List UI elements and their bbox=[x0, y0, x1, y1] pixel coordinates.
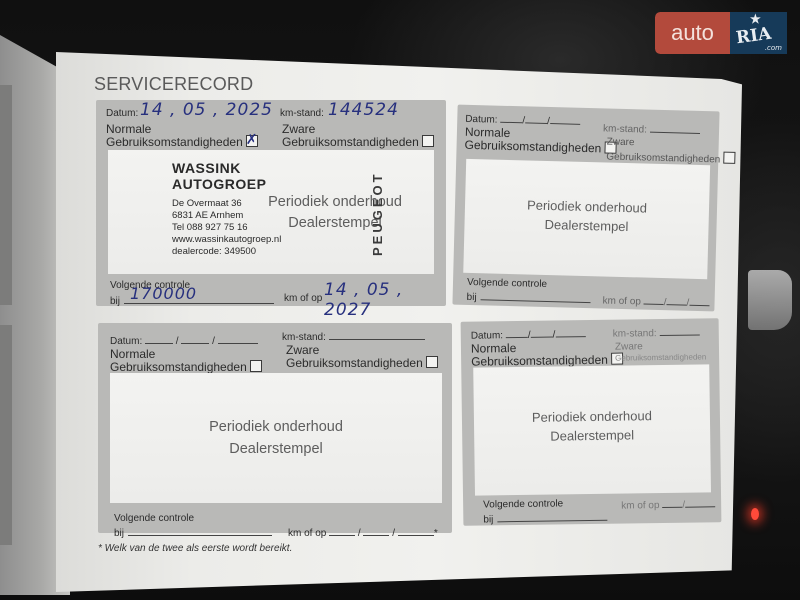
footnote: * Welk van de twee als eerste wordt bere… bbox=[98, 543, 292, 554]
checkmark-icon: ✗ bbox=[246, 131, 258, 148]
normal-checkbox[interactable]: ✗ bbox=[246, 135, 258, 147]
heavy-checkbox[interactable] bbox=[426, 356, 438, 368]
stamp-label-2: Dealerstempel bbox=[110, 439, 442, 460]
datum-value: 14 , 05 , 2025 bbox=[140, 100, 273, 120]
datum-label: Datum: bbox=[106, 108, 138, 119]
normal-label-line2: Gebruiksomstandigheden bbox=[106, 135, 243, 149]
brand-text: PEUGEOT bbox=[370, 171, 385, 256]
datum-label: Datum: bbox=[110, 336, 142, 347]
dealer-stamp-area: Periodiek onderhoud Dealerstempel WASSIN… bbox=[108, 150, 434, 274]
dealer-stamp-area: Periodiek onderhoud Dealerstempel bbox=[463, 159, 710, 279]
normal-label-line1: Normale bbox=[106, 122, 151, 136]
km-of-op-label: km of op bbox=[621, 500, 660, 512]
heavy-label-line1: Zware bbox=[615, 341, 643, 352]
stamp-label-1: Periodiek onderhoud bbox=[110, 417, 442, 438]
km-of-op-label: km of op bbox=[284, 293, 322, 304]
km-of-op-value: 14 , 05 , 2027 bbox=[324, 280, 446, 320]
next-control-label: Volgende controle bbox=[467, 277, 547, 290]
bij-label: bij bbox=[110, 296, 120, 307]
bij-label: bij bbox=[114, 528, 124, 539]
autoria-watermark: auto ★ RIA .com bbox=[655, 12, 787, 54]
dealer-phone: Tel 088 927 75 16 bbox=[172, 222, 281, 234]
dealer-stamp-area: Periodiek onderhoud Dealerstempel bbox=[110, 373, 442, 503]
heavy-label-line1: Zware bbox=[286, 343, 319, 357]
bij-label: bij bbox=[483, 514, 493, 525]
dealer-website: www.wassinkautogroep.nl bbox=[172, 234, 281, 246]
km-stand-label: km-stand: bbox=[280, 108, 324, 119]
normal-checkbox[interactable] bbox=[250, 360, 262, 372]
dealer-stamp-area: Periodiek onderhoud Dealerstempel bbox=[473, 364, 711, 495]
km-stand-label: km-stand: bbox=[613, 328, 657, 340]
stamp-label-2: Dealerstempel bbox=[474, 423, 710, 447]
dealer-street: De Overmaat 36 bbox=[172, 198, 281, 210]
next-control-label: Volgende controle bbox=[114, 513, 194, 524]
service-record-card: Datum: 14 , 05 , 2025 km-stand: 144524 N… bbox=[96, 100, 446, 306]
red-indicator-light bbox=[751, 508, 759, 520]
heavy-label-line2: Gebruiksomstandigheden bbox=[286, 356, 423, 370]
seat-trim bbox=[748, 270, 792, 330]
heavy-label-line2: Gebruiksomstandigheden bbox=[282, 135, 419, 149]
left-page-card-edge bbox=[0, 85, 12, 305]
heavy-label-line2: Gebruiksomstandigheden bbox=[615, 352, 706, 362]
km-stand-value: 144524 bbox=[328, 100, 399, 120]
dealer-name-2: AUTOGROEP bbox=[172, 176, 281, 192]
dealer-code: dealercode: 349500 bbox=[172, 246, 281, 258]
bij-value: 170000 bbox=[130, 284, 197, 303]
normal-label-line2: Gebruiksomstandigheden bbox=[110, 360, 247, 374]
watermark-com-text: .com bbox=[765, 44, 782, 52]
service-record-card: Datum: // km-stand: Normale Gebruiksomst… bbox=[452, 105, 719, 312]
km-stand-label: km-stand: bbox=[282, 332, 326, 343]
watermark-auto-text: auto bbox=[655, 12, 730, 54]
km-stand-label: km-stand: bbox=[603, 123, 647, 135]
normal-label-line1: Normale bbox=[110, 347, 155, 361]
heavy-checkbox[interactable] bbox=[422, 135, 434, 147]
star-icon: ★ bbox=[750, 12, 761, 26]
service-record-card: Datum: / / km-stand: Normale Gebruiksoms… bbox=[98, 323, 452, 533]
normal-label-line2: Gebruiksomstandigheden bbox=[464, 138, 601, 156]
bij-label: bij bbox=[466, 292, 476, 303]
service-record-card: Datum: // km-stand: Normale Gebruiksomst… bbox=[461, 318, 722, 526]
datum-label: Datum: bbox=[471, 330, 503, 341]
km-of-op-label: km of op bbox=[602, 295, 641, 307]
km-of-op-label: km of op bbox=[288, 528, 326, 539]
heavy-label-line1: Zware bbox=[607, 137, 635, 149]
watermark-ria-block: ★ RIA .com bbox=[730, 12, 787, 54]
left-page-card-edge bbox=[0, 325, 12, 545]
dealer-stamp: WASSINK AUTOGROEP De Overmaat 36 6831 AE… bbox=[172, 160, 281, 258]
dealer-city: 6831 AE Arnhem bbox=[172, 210, 281, 222]
dealer-name-1: WASSINK bbox=[172, 160, 281, 176]
datum-label: Datum: bbox=[465, 114, 498, 126]
heavy-label-line1: Zware bbox=[282, 122, 315, 136]
next-control-label: Volgende controle bbox=[483, 498, 563, 510]
heavy-checkbox[interactable] bbox=[723, 152, 735, 164]
section-title: SERVICERECORD bbox=[94, 74, 253, 95]
